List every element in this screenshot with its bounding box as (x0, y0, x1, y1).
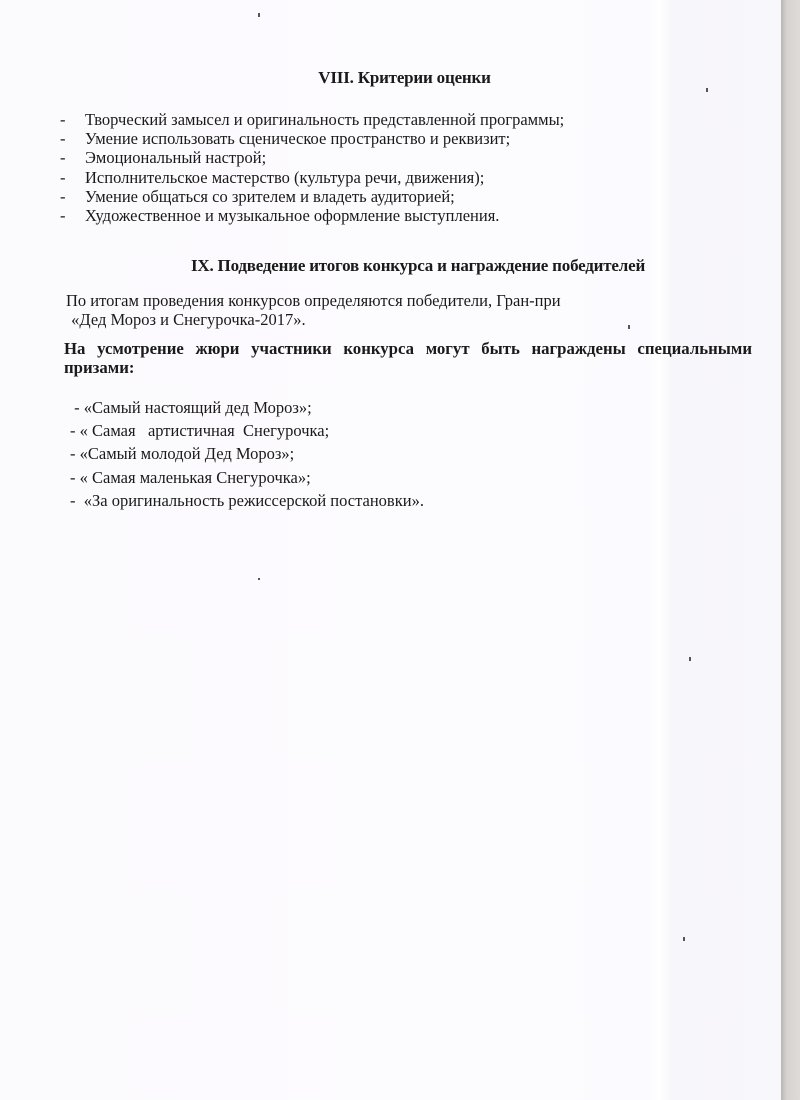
prize-item: - «За оригинальность режиссерской постан… (70, 489, 424, 512)
prizes-list: - «Самый настоящий дед Мороз»; - « Самая… (70, 396, 424, 512)
bullet-dash: - (60, 168, 85, 187)
scan-page-edge (781, 0, 800, 1100)
prize-item: - « Самая артистичная Снегурочка; (70, 419, 424, 442)
bullet-dash: - (60, 206, 85, 225)
scan-speck (258, 578, 260, 580)
criteria-item: -Творческий замысел и оригинальность пре… (60, 110, 564, 129)
bullet-dash: - (60, 110, 85, 129)
scan-speck (706, 88, 708, 92)
section-8-title: VIII. Критерии оценки (14, 68, 795, 88)
bullet-dash: - (60, 148, 85, 167)
scan-speck (628, 325, 630, 329)
section-9-title: IX. Подведение итогов конкурса и награжд… (38, 256, 798, 276)
results-paragraph: По итогам проведения конкурсов определяю… (66, 291, 706, 329)
bullet-dash: - (60, 187, 85, 206)
criteria-item: -Исполнительское мастерство (культура ре… (60, 168, 564, 187)
document-page: VIII. Критерии оценки -Творческий замысе… (0, 0, 781, 1100)
criteria-list: -Творческий замысел и оригинальность пре… (60, 110, 564, 225)
prize-item: - « Самая маленькая Снегурочка»; (70, 466, 424, 489)
scan-speck (683, 937, 685, 941)
criteria-item: -Умение общаться со зрителем и владеть а… (60, 187, 564, 206)
scan-speck (689, 657, 691, 661)
criteria-item: -Художественное и музыкальное оформление… (60, 206, 564, 225)
scan-speck (258, 13, 260, 17)
bullet-dash: - (60, 129, 85, 148)
prize-item: - «Самый настоящий дед Мороз»; (70, 396, 424, 419)
prize-item: - «Самый молодой Дед Мороз»; (70, 442, 424, 465)
jury-paragraph: На усмотрение жюри участники конкурса мо… (64, 340, 752, 377)
criteria-item: -Умение использовать сценическое простра… (60, 129, 564, 148)
criteria-item: -Эмоциональный настрой; (60, 148, 564, 167)
